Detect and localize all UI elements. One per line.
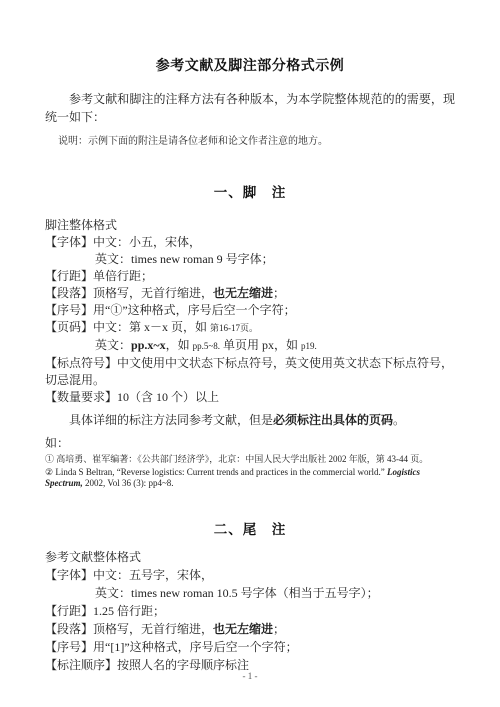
format-label: 【标点符号】: [45, 356, 117, 370]
detail-note-suffix: 。: [393, 413, 405, 427]
format-value-bold: 也无左缩进: [213, 286, 273, 300]
explanation-note: 说明：示例下面的附注是请各位老师和论文作者注意的地方。: [45, 135, 455, 149]
endnote-paragraph-line: 【段落】顶格写，无首行缩进，也无左缩进；: [45, 620, 455, 638]
section-heading-endnote: 二、尾 注: [45, 518, 455, 538]
format-value: 英文：: [95, 338, 131, 352]
format-value-suffix: ；: [273, 286, 285, 300]
footnote-pageno-cn-line: 【页码】中文：第 x－x 页，如 第16-17页。: [45, 319, 455, 337]
format-value: 单页用 px，如: [220, 338, 301, 352]
endnote-font-line: 【字体】中文：五号字，宋体，: [45, 566, 455, 584]
intro-paragraph: 参考文献和脚注的注释方法有各种版本，为本学院整体规范的的需要，现统一如下：: [45, 91, 455, 126]
format-label: 【行距】: [45, 604, 93, 618]
format-label: 【字体】: [45, 568, 93, 582]
pageno-en-format: pp.x~x: [131, 338, 166, 352]
reference-examples: ① 高培勇、崔军编著：《公共部门经济学》，北京：中国人民大学出版社 2002 年…: [45, 454, 455, 490]
footnote-numbering-line: 【序号】用“①”这种格式，序号后空一个字符；: [45, 302, 455, 319]
format-label: 【字体】: [45, 235, 93, 249]
page-title: 参考文献及脚注部分格式示例: [45, 55, 455, 75]
format-label: 【序号】: [45, 303, 93, 317]
footnote-punctuation-cont-line: 切忌混用。: [45, 372, 455, 389]
footnote-punctuation-line: 【标点符号】中文使用中文状态下标点符号，英文使用英文状态下标点符号，: [45, 355, 455, 372]
detail-note-paragraph: 具体详细的标注方法同参考文献，但是必须标注出具体的页码。: [45, 412, 455, 429]
format-value: 单倍行距；: [93, 269, 153, 283]
pageno-en-example-1: pp.5~8.: [193, 341, 220, 351]
intro-line-1: 参考文献和脚注的注释方法有各种版本，为本学院整体规范的的需要，现: [45, 91, 455, 109]
format-value: ，如: [166, 338, 193, 352]
format-value: 用“①”这种格式，序号后空一个字符；: [93, 303, 296, 317]
format-value: 中文：第 x－x 页，如: [93, 320, 210, 334]
pageno-en-example-2: p19.: [301, 341, 317, 351]
footnote-font-line: 【字体】中文：小五，宋体，: [45, 234, 455, 251]
endnote-subheading: 参考文献整体格式: [45, 548, 455, 566]
reference-2-tail: 2002, Vol 36 (3): pp4~8.: [83, 478, 174, 488]
footnote-paragraph-line: 【段落】顶格写，无首行缩进，也无左缩进；: [45, 285, 455, 302]
format-label: 【段落】: [45, 286, 93, 300]
footnote-quantity-line: 【数量要求】10（含 10 个）以上: [45, 389, 455, 406]
format-value: 1.25 倍行距；: [93, 604, 165, 618]
format-value: 用“[1]”这种格式，序号后空一个字符；: [93, 640, 298, 654]
footnote-linespacing-line: 【行距】单倍行距；: [45, 268, 455, 285]
format-label: 【行距】: [45, 269, 93, 283]
endnote-font-en-line: 英文：times new roman 10.5 号字体（相当于五号字）；: [45, 584, 455, 602]
reference-item-2: ② Linda S Beltran, “Reverse logistics: C…: [45, 467, 455, 490]
endnote-section: 参考文献整体格式 【字体】中文：五号字，宋体， 英文：times new rom…: [45, 548, 455, 674]
format-value: 按照人名的字母顺序标注: [117, 658, 249, 672]
format-value: 中文：小五，宋体，: [93, 235, 201, 249]
format-label: 【页码】: [45, 320, 93, 334]
example-label: 如：: [45, 435, 455, 452]
footnote-pageno-en-line: 英文：pp.x~x，如 pp.5~8. 单页用 px，如 p19.: [45, 337, 455, 355]
footnote-subheading: 脚注整体格式: [45, 217, 455, 234]
format-label: 【段落】: [45, 622, 93, 636]
format-label: 【数量要求】: [45, 390, 117, 404]
reference-2-text: ② Linda S Beltran, “Reverse logistics: C…: [45, 467, 387, 477]
footnote-section: 脚注整体格式 【字体】中文：小五，宋体， 英文：times new roman …: [45, 217, 455, 490]
page-number: - 1 -: [0, 671, 500, 681]
format-value: 顶格写，无首行缩进，: [93, 286, 213, 300]
format-label: 【标注顺序】: [45, 658, 117, 672]
endnote-linespacing-line: 【行距】1.25 倍行距；: [45, 602, 455, 620]
format-value: 顶格写，无首行缩进，: [93, 622, 213, 636]
format-value: 中文：五号字，宋体，: [93, 568, 213, 582]
endnote-numbering-line: 【序号】用“[1]”这种格式，序号后空一个字符；: [45, 638, 455, 656]
footnote-font-en-line: 英文：times new roman 9 号字体；: [45, 251, 455, 268]
format-label: 【序号】: [45, 640, 93, 654]
intro-line-2: 统一如下：: [45, 109, 455, 127]
pageno-cn-example: 第16-17页。: [210, 323, 258, 333]
document-page: 参考文献及脚注部分格式示例 参考文献和脚注的注释方法有各种版本，为本学院整体规范…: [0, 0, 500, 707]
detail-note-prefix: 具体详细的标注方法同参考文献，但是: [69, 413, 273, 427]
format-value: 中文使用中文状态下标点符号，英文使用英文状态下标点符号，: [117, 356, 453, 370]
section-heading-footnote: 一、脚 注: [45, 181, 455, 201]
format-value-bold: 也无左缩进: [213, 622, 273, 636]
reference-item-1: ① 高培勇、崔军编著：《公共部门经济学》，北京：中国人民大学出版社 2002 年…: [45, 454, 455, 466]
format-value: 10（含 10 个）以上: [117, 390, 219, 404]
format-value-suffix: ；: [273, 622, 285, 636]
detail-note-bold: 必须标注出具体的页码: [273, 413, 393, 427]
